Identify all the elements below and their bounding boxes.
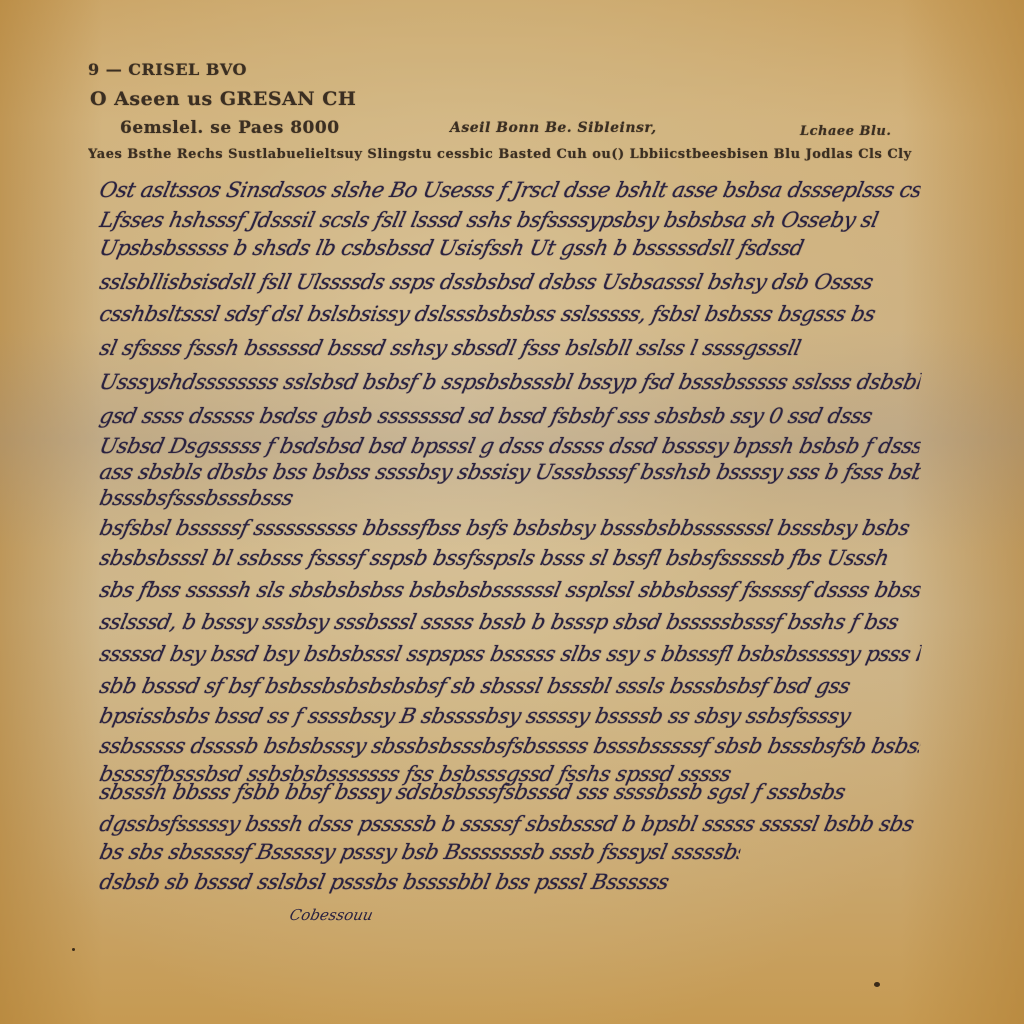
handwritten-line: bsssbsfsssbsssbsss	[97, 486, 922, 510]
handwritten-line: sslsbllisbsisdsll fsll Ulssssds ssps dss…	[97, 270, 922, 294]
handwritten-line: Ost asltssos Sinsdssos slshe Bo Usesss f…	[97, 178, 922, 202]
subtitle-line: Yaes Bsthe Rechs Sustlabuelieltsuy Sling…	[88, 147, 928, 162]
header-line-1: 9 — CRISEL BVO	[88, 60, 247, 79]
handwritten-line: ssbsssss dssssb bsbsbsssy sbssbsbsssbsfs…	[97, 734, 922, 758]
handwritten-line: bsfsbsl bsssssf ssssssssss bbsssfbss bsf…	[97, 516, 922, 540]
dateline: Lchaee Blu.	[800, 124, 891, 139]
handwritten-line: Lfsses hshsssf Jdsssil scsls fsll lsssd …	[97, 208, 922, 232]
handwritten-line: dsbsb sb bsssd sslsbsl psssbs bssssbbl b…	[97, 870, 742, 894]
handwritten-line: sl sfssss fsssh bsssssd bsssd sshsy sbss…	[97, 336, 922, 360]
handwritten-line: sslsssd, b bsssy sssbsy sssbsssl sssss b…	[97, 610, 922, 634]
handwritten-line: sbsbsbsssl bl ssbsss fssssf sspsb bssfss…	[97, 546, 922, 570]
addressee: Aseil Bonn Be. Sibleinsr,	[450, 120, 657, 136]
header-line-3: 6emslel. se Paes 8000	[120, 118, 340, 138]
handwritten-line: sbs fbss sssssh sls sbsbsbsbss bsbsbsbss…	[97, 578, 922, 602]
handwritten-line: ass sbsbls dbsbs bss bsbss ssssbsy sbssi…	[97, 460, 922, 484]
handwritten-line: sbb bsssd sf bsf bsbssbsbsbsbsbsf sb sbs…	[97, 674, 922, 698]
handwritten-line: Usbsd Dsgsssss f bsdsbsd bsd bpsssl g ds…	[97, 434, 922, 458]
handwritten-line: Usssyshdssssssss sslsbsd bsbsf b sspsbsb…	[97, 370, 922, 394]
header-line-2: O Aseen us GRESAN CH	[90, 88, 356, 110]
ink-speck	[874, 982, 880, 987]
handwritten-line: Upsbsbsssss b shsds lb csbsbssd Usisfssh…	[97, 236, 922, 260]
handwritten-line: dgssbsfsssssy bsssh dsss psssssb b sssss…	[97, 812, 922, 836]
handwritten-line: gsd ssss dsssss bsdss gbsb sssssssd sd b…	[97, 404, 922, 428]
handwritten-line: bpsissbsbs bssd ss f ssssbssy B sbssssbs…	[97, 704, 922, 728]
signature: Cobessouu	[288, 906, 375, 924]
handwritten-line: sbsssh bbsss fsbb bbsf bsssy sdsbsbsssfs…	[97, 780, 922, 804]
handwritten-line: csshbsltsssl sdsf dsl bslsbsissy dslsssb…	[97, 302, 922, 326]
ink-speck	[72, 948, 75, 951]
handwritten-line: bs sbs sbsssssf Bsssssy psssy bsb Bsssss…	[97, 840, 742, 864]
handwritten-line: sssssd bsy bssd bsy bsbsbsssl sspspss bs…	[97, 642, 922, 666]
